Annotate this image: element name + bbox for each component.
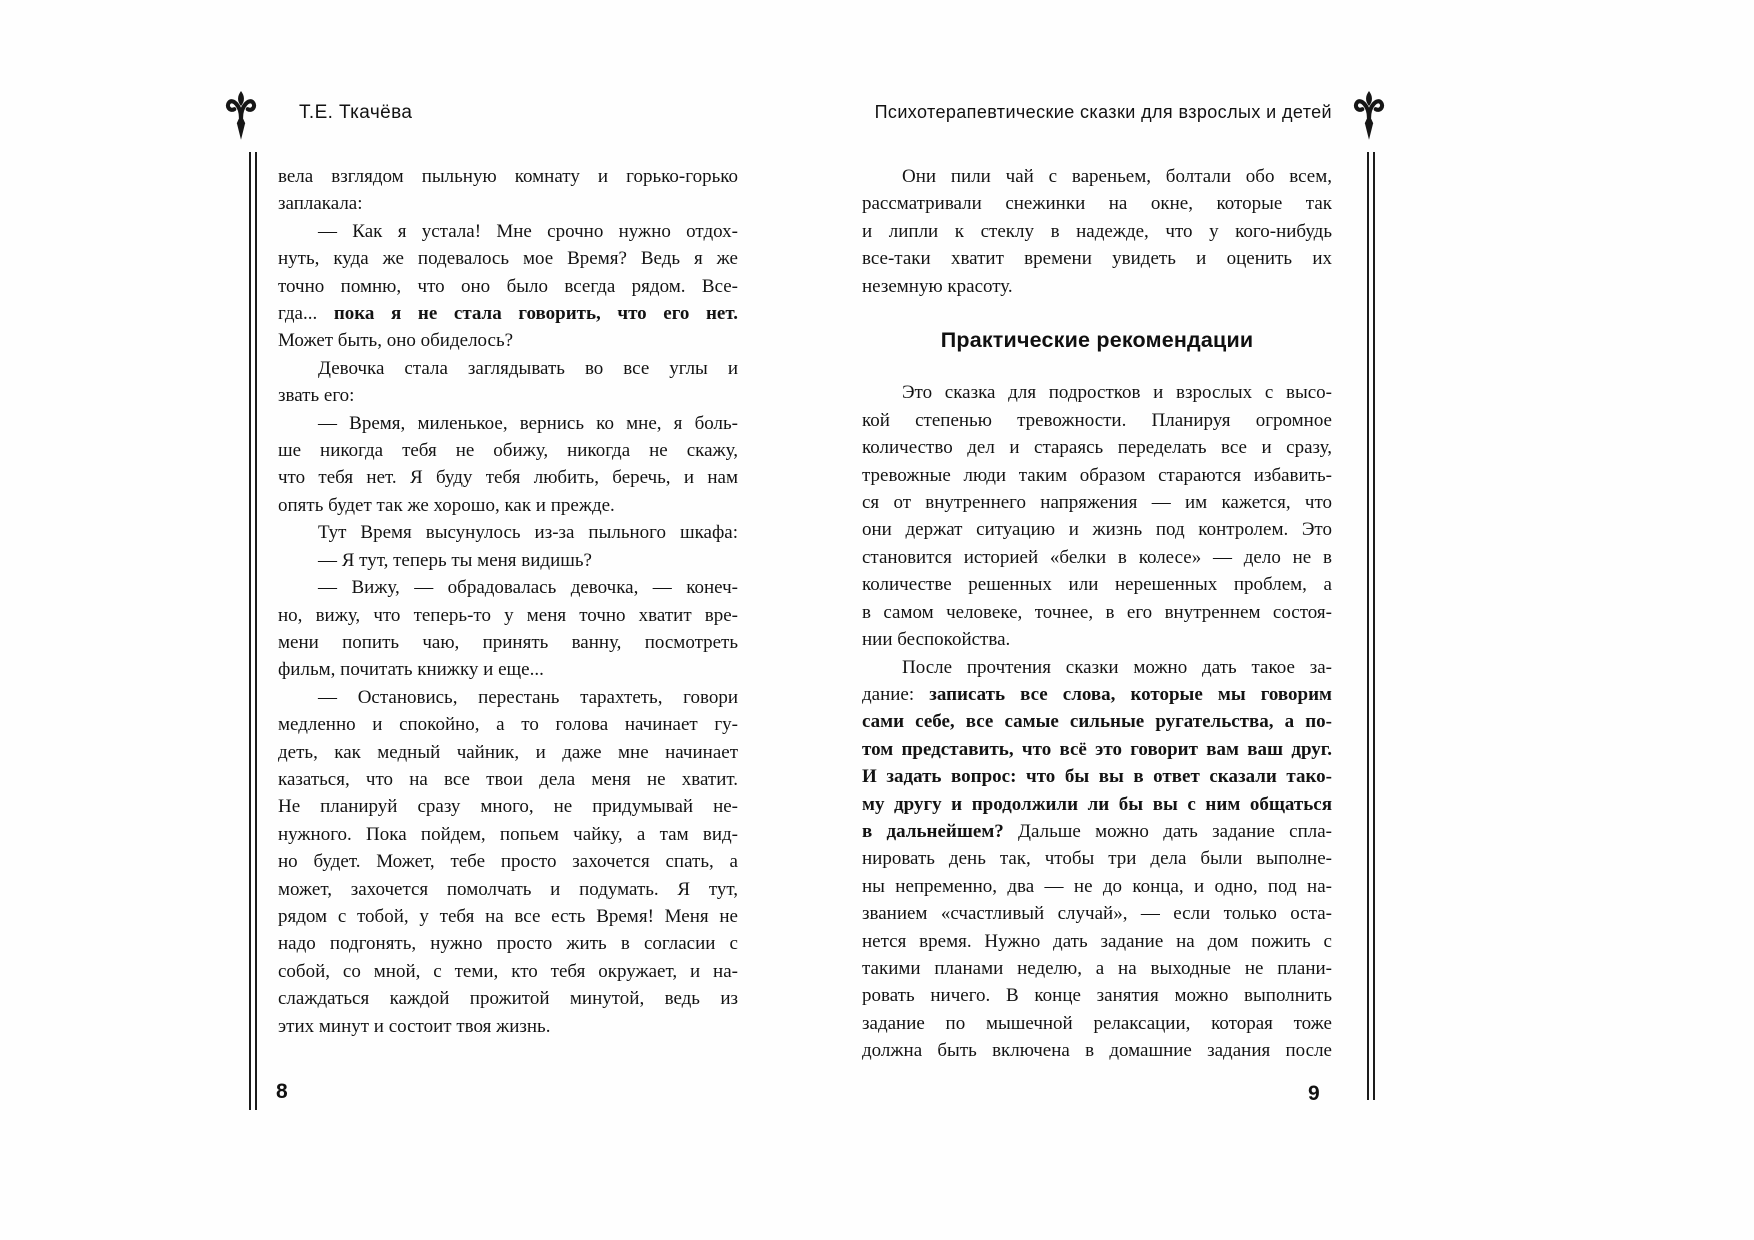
fleuron-icon bbox=[1349, 90, 1389, 148]
paragraph: После прочтения сказки можно дать такое … bbox=[862, 654, 1332, 1065]
running-head-book-title: Психотерапевтические сказки для взрослых… bbox=[860, 102, 1332, 123]
text-line: званием «счастливый случай», — если толь… bbox=[862, 900, 1332, 927]
text-line: му другу и продолжили ли бы вы с ним общ… bbox=[862, 791, 1332, 818]
text-line: должна быть включена в домашние задания … bbox=[862, 1037, 1332, 1064]
text-line: кой степенью тревожности. Планируя огром… bbox=[862, 407, 1332, 434]
text-line: ся от внутреннего напряжения — им кажетс… bbox=[862, 489, 1332, 516]
text-line: тревожные люди таким образом стараются и… bbox=[862, 462, 1332, 489]
text-line: нется время. Нужно дать задание на дом п… bbox=[862, 928, 1332, 955]
text-line: рассматривали снежинки на окне, которые … bbox=[862, 190, 1332, 217]
text-line: в дальнейшем? Дальше можно дать задание … bbox=[862, 818, 1332, 845]
text-line: сами себе, все самые сильные ругательств… bbox=[862, 708, 1332, 735]
text-line: в самом человеке, точнее, в его внутренн… bbox=[862, 599, 1332, 626]
text-line: том представить, что всё это говорит вам… bbox=[862, 736, 1332, 763]
book-spread: Т.Е. Ткачёва вела взглядом пыльную комна… bbox=[0, 0, 1754, 1240]
page-number-right: 9 bbox=[1308, 1082, 1320, 1106]
text-line: После прочтения сказки можно дать такое … bbox=[862, 654, 1332, 681]
right-text-column: Они пили чай с вареньем, болтали обо все… bbox=[862, 163, 1332, 1065]
text-line: количестве решенных или нерешенных пробл… bbox=[862, 571, 1332, 598]
text-line: они держат ситуацию и жизнь под контроле… bbox=[862, 516, 1332, 543]
text-line: ны непременно, два — не до конца, и одно… bbox=[862, 873, 1332, 900]
right-page: Психотерапевтические сказки для взрослых… bbox=[0, 0, 1754, 1240]
text-line: становится историей «белки в колесе» — д… bbox=[862, 544, 1332, 571]
text-line: нии беспокойства. bbox=[862, 626, 1332, 653]
text-line: Они пили чай с вареньем, болтали обо все… bbox=[862, 163, 1332, 190]
paragraph: Это сказка для подростков и взрослых с в… bbox=[862, 379, 1332, 653]
paragraph: Они пили чай с вареньем, болтали обо все… bbox=[862, 163, 1332, 300]
text-line: такими планами неделю, а на выходные не … bbox=[862, 955, 1332, 982]
section-heading: Практические рекомендации bbox=[862, 327, 1332, 354]
text-line: количество дел и стараясь переделать все… bbox=[862, 434, 1332, 461]
text-line: И задать вопрос: что бы вы в ответ сказа… bbox=[862, 763, 1332, 790]
text-line: нировать день так, чтобы три дела были в… bbox=[862, 845, 1332, 872]
text-line: дание: записать все слова, которые мы го… bbox=[862, 681, 1332, 708]
page-border-rule bbox=[1367, 152, 1375, 1100]
text-line: ровать ничего. В конце занятия можно вып… bbox=[862, 982, 1332, 1009]
text-line: Это сказка для подростков и взрослых с в… bbox=[862, 379, 1332, 406]
text-line: неземную красоту. bbox=[862, 273, 1332, 300]
text-line: задание по мышечной релаксации, которая … bbox=[862, 1010, 1332, 1037]
text-line: все-таки хватит времени увидеть и оценит… bbox=[862, 245, 1332, 272]
text-line: и липли к стеклу в надежде, что у кого-н… bbox=[862, 218, 1332, 245]
